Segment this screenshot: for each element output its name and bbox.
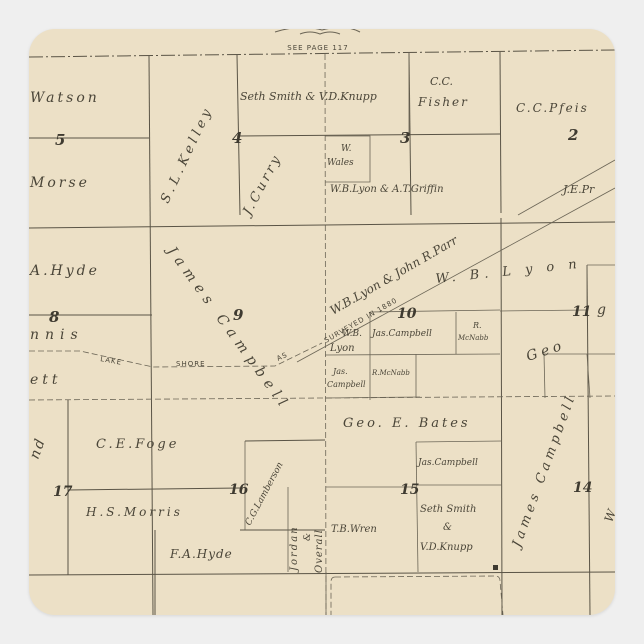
railroad-label: SHORE (176, 360, 206, 368)
section-line-v4 (325, 54, 326, 615)
section-number-14: 14 (573, 480, 592, 496)
hline-17 (68, 488, 240, 490)
owner-label: V.D.Knupp (420, 542, 473, 553)
section-number-15: 15 (400, 482, 419, 498)
section-number-3: 3 (400, 129, 410, 147)
owner-label: McNabb (457, 334, 489, 342)
owner-label: & (303, 533, 313, 541)
owner-label: R. (472, 321, 482, 330)
owner-label: Geo. E. Bates (343, 416, 471, 431)
owner-label: nd (29, 435, 49, 461)
owner-label: C.C. (430, 75, 453, 88)
page-canvas: SEE PAGE 117 (0, 0, 644, 644)
benchmark-marker-icon (493, 565, 498, 570)
owner-label: g (597, 302, 606, 318)
owner-label: J.E.Pr (561, 183, 595, 196)
hline-main-1 (29, 222, 615, 228)
section-number-4: 4 (232, 129, 242, 147)
owner-label: Jordan (289, 525, 300, 573)
owner-label: C.G.Lamberson (244, 461, 286, 528)
owner-label: H.S.Morris (85, 505, 183, 519)
owner-label: Overall (314, 529, 325, 573)
section-number-2: 2 (567, 126, 578, 144)
owner-label: A.Hyde (29, 263, 100, 279)
owner-label: C.C.Pfeis (516, 101, 589, 115)
owner-label: W. (341, 144, 352, 154)
owner-label: Jas.Campbell (416, 458, 478, 468)
owner-label: Morse (29, 175, 90, 191)
plat-map: SEE PAGE 117 (29, 29, 615, 615)
owner-label: R.McNabb (371, 369, 410, 377)
owner-label: W (602, 506, 615, 524)
owner-label: James Campbell (162, 242, 293, 415)
section-line-v1 (149, 56, 153, 615)
map-sticker: SEE PAGE 117 (29, 29, 615, 615)
section-number-9: 9 (233, 306, 244, 324)
owner-label: nnis (30, 327, 84, 343)
section-number-16: 16 (229, 482, 249, 498)
owner-label: Watson (30, 90, 100, 106)
hline-main-2 (29, 396, 615, 400)
section-number-10: 10 (397, 306, 417, 322)
see-page-note: SEE PAGE 117 (287, 44, 348, 52)
railroad-label: LAKE (100, 355, 123, 367)
owner-label: Seth Smith (420, 504, 476, 515)
owner-label: W.B.Lyon & A.T.Griffin (330, 184, 444, 195)
section-number-8: 8 (49, 308, 60, 326)
owner-label: Wales (327, 158, 354, 168)
railroad-label: AS (275, 351, 289, 363)
owner-label: Jas.Campbell (370, 329, 432, 339)
owner-label: James Campbell (509, 392, 580, 553)
owner-label: W. B. L y o n (435, 257, 583, 287)
owner-label: Lyon (329, 343, 355, 354)
section-number-17: 17 (53, 484, 73, 500)
owner-label: ett (30, 372, 62, 388)
owner-label: J.Curry (239, 151, 285, 220)
owner-label: & (443, 522, 452, 533)
owner-label: W.B. (342, 329, 362, 339)
owner-label: Campbell (327, 380, 366, 389)
owner-label: C.E.Foge (96, 437, 179, 452)
dashed-parcel (335, 576, 503, 615)
owner-label: Jas. (331, 367, 348, 376)
ornament-icon (275, 29, 360, 34)
owner-label: F.A.Hyde (169, 547, 233, 561)
owner-label: Geo (524, 337, 567, 365)
owner-label: Seth Smith & V.D.Knupp (240, 90, 377, 103)
section-line-v5 (500, 52, 501, 213)
owner-label: T.B.Wren (331, 524, 377, 535)
section-number-11: 11 (572, 304, 591, 320)
section-number-5: 5 (55, 131, 65, 149)
owner-label: S.L.Kelley (158, 104, 216, 206)
owner-label: Fisher (417, 95, 469, 109)
